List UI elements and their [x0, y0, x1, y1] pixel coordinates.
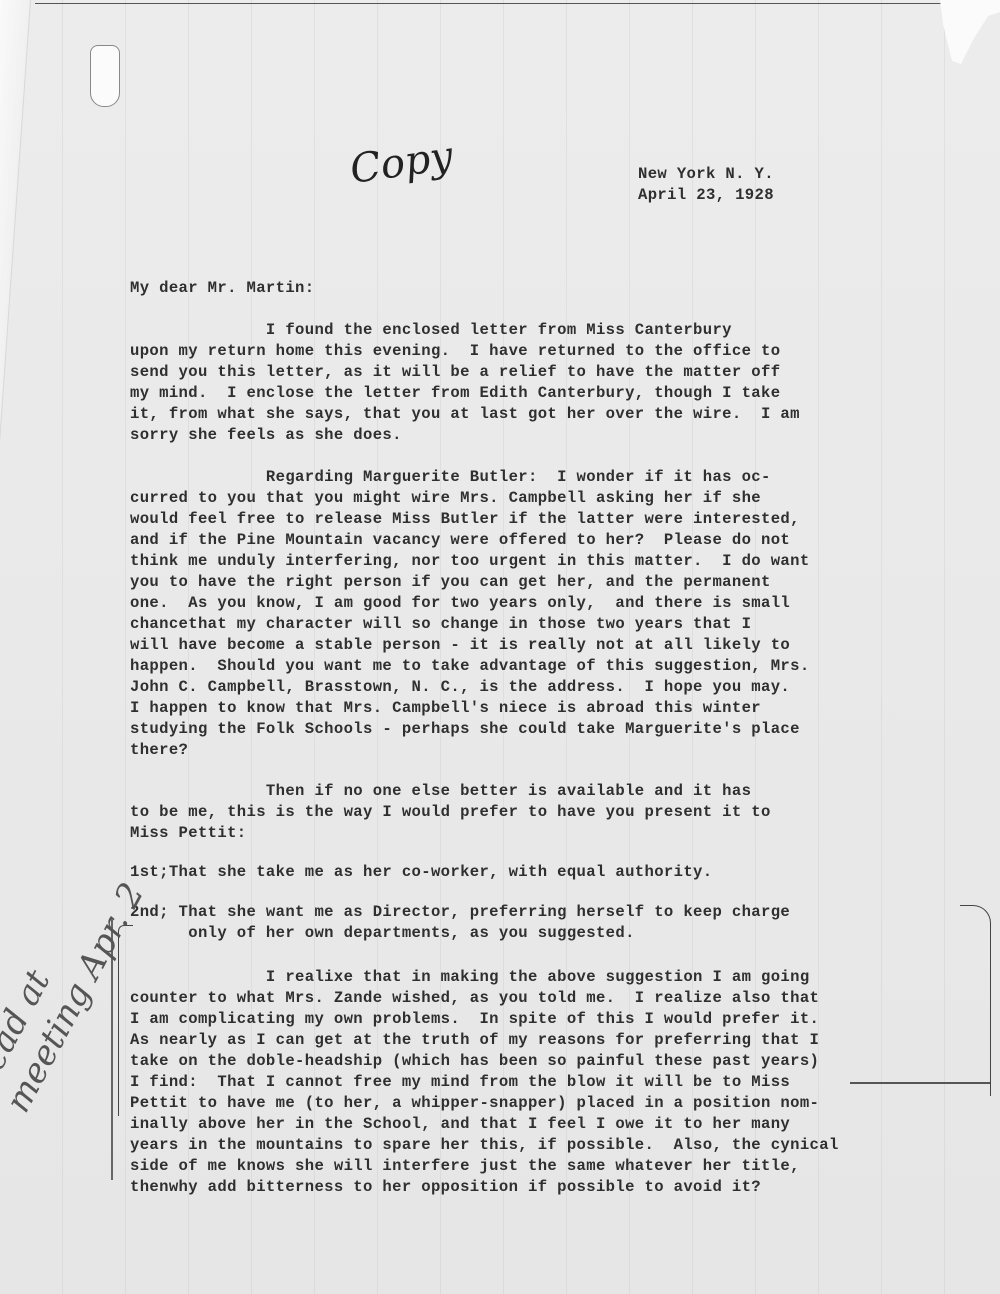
text-line: take on the doble-headship (which has be… [130, 1051, 819, 1072]
text-line: curred to you that you might wire Mrs. C… [130, 488, 761, 509]
paper-tear-top-right [940, 0, 1000, 80]
handwritten-copy-annotation: Copy [347, 133, 455, 193]
text-line: thenwhy add bitterness to her opposition… [130, 1177, 761, 1198]
text-line: I am complicating my own problems. In sp… [130, 1009, 819, 1030]
text-line: Pettit to have me (to her, a whipper-sna… [130, 1093, 819, 1114]
text-line: studying the Folk Schools - perhaps she … [130, 719, 800, 740]
paper-top-edge [35, 3, 1000, 4]
text-line: one. As you know, I am good for two year… [130, 593, 790, 614]
text-line: Then if no one else better is available … [130, 781, 751, 802]
text-line: upon my return home this evening. I have… [130, 341, 780, 362]
text-line: Miss Pettit: [130, 823, 247, 844]
pencil-underline [850, 1082, 990, 1084]
letter-location: New York N. Y. [638, 164, 774, 185]
text-line: only of her own departments, as you sugg… [130, 923, 635, 944]
text-line: will have become a stable person - it is… [130, 635, 790, 656]
text-line: it, from what she says, that you at last… [130, 404, 800, 425]
text-line: and if the Pine Mountain vacancy were of… [130, 530, 790, 551]
text-line: think me unduly interfering, nor too urg… [130, 551, 810, 572]
text-line: you to have the right person if you can … [130, 572, 771, 593]
text-line: my mind. I enclose the letter from Edith… [130, 383, 780, 404]
text-line: I happen to know that Mrs. Campbell's ni… [130, 698, 761, 719]
paper-tear-top-left [90, 45, 120, 107]
text-line: happen. Should you want me to take advan… [130, 656, 810, 677]
text-line: 2nd; That she want me as Director, prefe… [130, 902, 790, 923]
letter-salutation: My dear Mr. Martin: [130, 278, 314, 299]
letter-page: Copy New York N. Y. April 23, 1928 My de… [0, 0, 1000, 1294]
text-line: side of me knows she will interfere just… [130, 1156, 800, 1177]
pencil-bracket-right [960, 905, 991, 1096]
text-line: John C. Campbell, Brasstown, N. C., is t… [130, 677, 790, 698]
text-line: there? [130, 740, 188, 761]
letter-date: April 23, 1928 [638, 185, 774, 206]
list-item-first: 1st;That she take me as her co-worker, w… [130, 862, 712, 883]
text-line: As nearly as I can get at the truth of m… [130, 1030, 819, 1051]
text-line: counter to what Mrs. Zande wished, as yo… [130, 988, 819, 1009]
text-line: send you this letter, as it will be a re… [130, 362, 780, 383]
text-line: chancethat my character will so change i… [130, 614, 751, 635]
text-line: Regarding Marguerite Butler: I wonder if… [130, 467, 771, 488]
text-line: I found the enclosed letter from Miss Ca… [130, 320, 732, 341]
text-line: sorry she feels as she does. [130, 425, 402, 446]
text-line: would feel free to release Miss Butler i… [130, 509, 800, 530]
text-line: I realixe that in making the above sugge… [130, 967, 810, 988]
text-line: I find: That I cannot free my mind from … [130, 1072, 790, 1093]
text-line: to be me, this is the way I would prefer… [130, 802, 771, 823]
text-line: years in the mountains to spare her this… [130, 1135, 839, 1156]
text-line: inally above her in the School, and that… [130, 1114, 790, 1135]
